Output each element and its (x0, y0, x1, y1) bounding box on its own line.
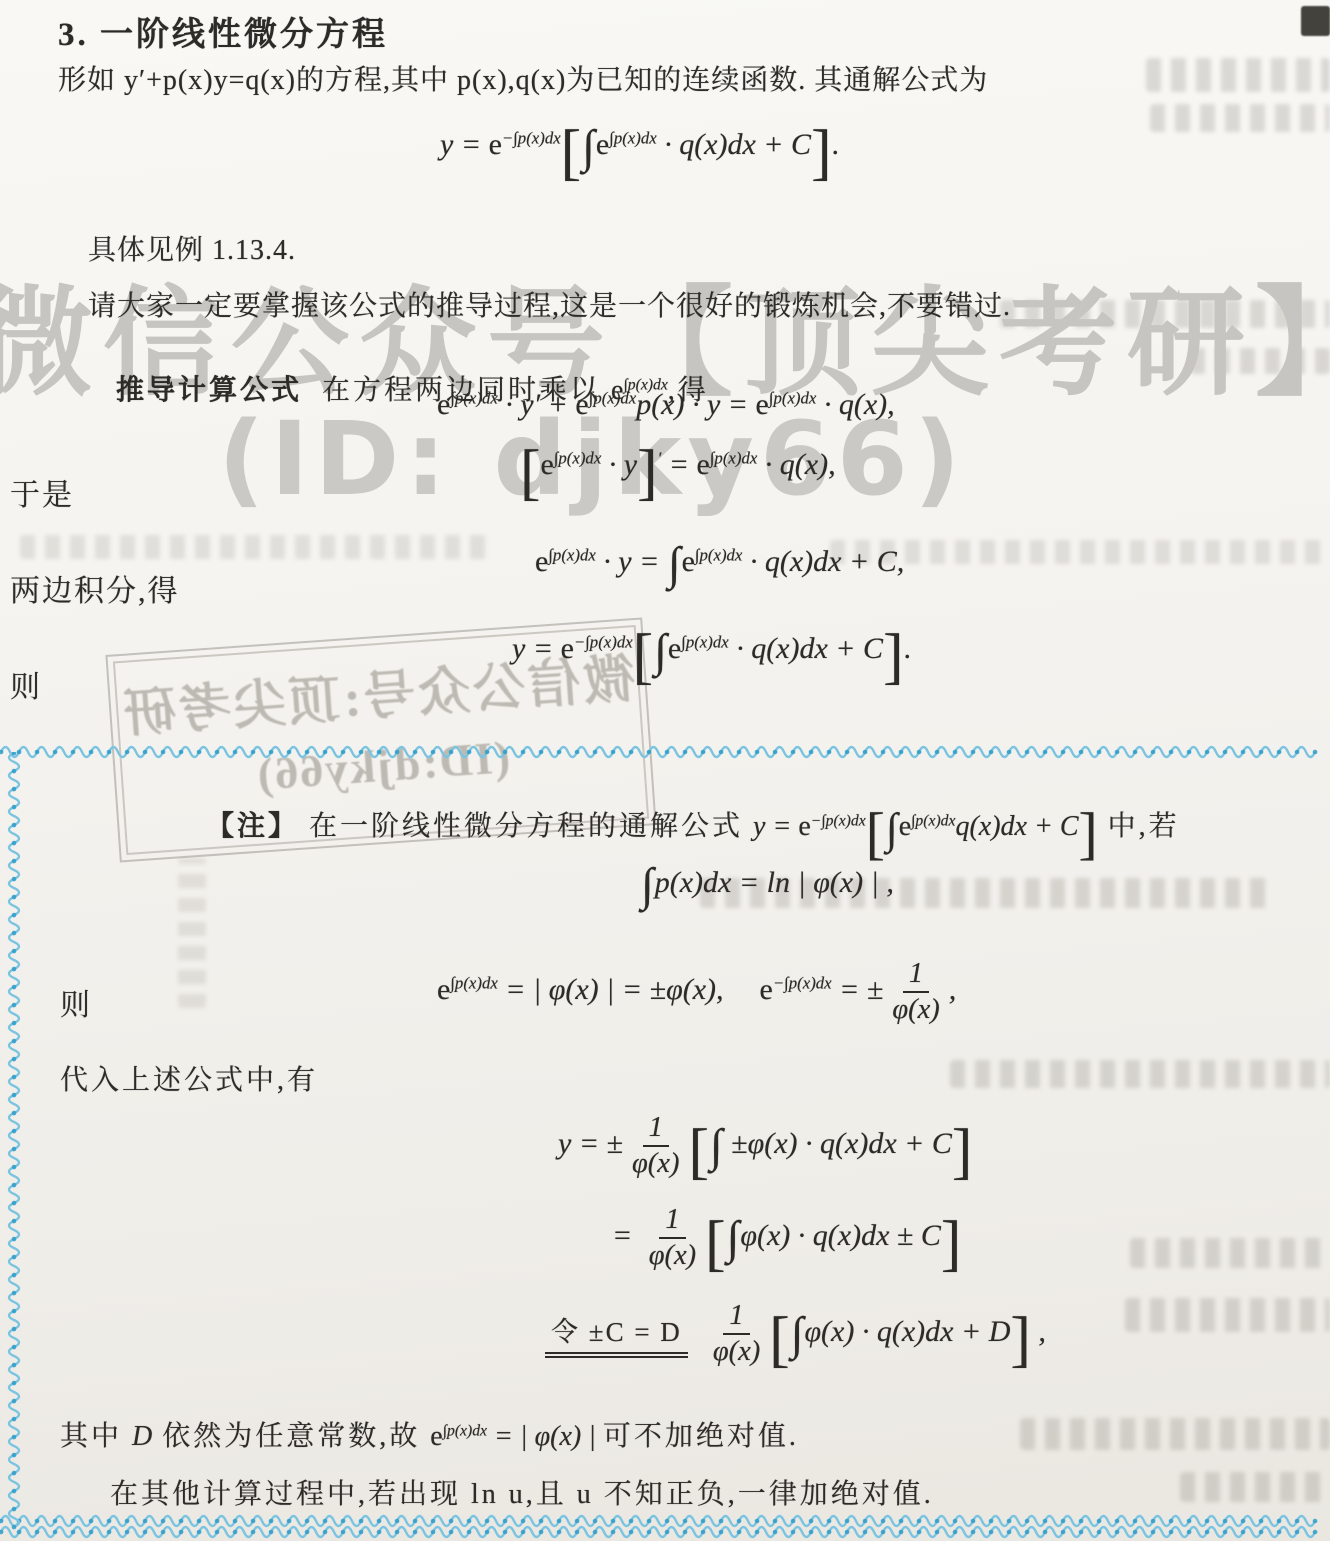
bleedthrough-smudge (950, 1060, 1330, 1088)
derive-label: 推导计算公式 (116, 375, 302, 406)
equation-product-rule: [e∫p(x)dx · y]′ = e∫p(x)dx · q(x), (520, 448, 836, 498)
label-integrate-both-sides: 两边积分,得 (10, 566, 180, 610)
equation-multiply: e∫p(x)dx · y′ + e∫p(x)dxp(x) · y = e∫p(x… (437, 388, 895, 422)
note-intro-formula: y = e−∫p(x)dx[∫e∫p(x)dxq(x)dx + C] (753, 811, 1098, 842)
label-thus: 于是 (10, 470, 74, 514)
equation-substitution-2: = 1φ(x)[∫φ(x) · q(x)dx ± C] (612, 1204, 961, 1272)
note-box-border-bottom (0, 1512, 1330, 1541)
equation-note-pm: e∫p(x)dx = | φ(x) | = ±φ(x),e−∫p(x)dx = … (437, 958, 956, 1026)
equation-general-solution: y = e−∫p(x)dx[∫e∫p(x)dx · q(x)dx + C]. (440, 128, 839, 178)
bleedthrough-smudge (1146, 58, 1330, 92)
section-heading: 3. 一阶线性微分方程 (58, 8, 388, 55)
note-intro-pre: 在一阶线性微分方程的通解公式 (309, 811, 753, 842)
bleedthrough-smudge (1130, 1238, 1330, 1268)
paragraph-encourage: 请大家一定要掌握该公式的推导过程,这是一个很好的锻炼机会,不要错过. (88, 284, 1011, 324)
paragraph-example-ref: 具体见例 1.13.4. (88, 228, 296, 268)
paragraph-intro: 形如 y′+p(x)y=q(x)的方程,其中 p(x),q(x)为已知的连续函数… (58, 58, 988, 98)
equation-note-ln: ∫p(x)dx = ln | φ(x) | , (640, 866, 894, 905)
note-substitute-line: 代入上述公式中,有 (60, 1058, 318, 1098)
bleedthrough-smudge (830, 540, 1330, 564)
equation-substitution-1: y = ±1φ(x)[∫ ±φ(x) · q(x)dx + C] (558, 1112, 972, 1180)
bleedthrough-smudge (1180, 1472, 1330, 1502)
label-then: 则 (10, 662, 42, 706)
note-box-border-left (2, 752, 28, 1538)
equation-solved: y = e−∫p(x)dx[∫e∫p(x)dx · q(x)dx + C]. (512, 632, 911, 682)
note-intro-post: 中,若 (1098, 811, 1180, 842)
note-closing-2: 在其他计算过程中,若出现 ln u,且 u 不知正负,一律加绝对值. (110, 1472, 934, 1512)
bleedthrough-smudge (1150, 104, 1330, 132)
note-closing-1: 其中 D 依然为任意常数,故 e∫p(x)dx = | φ(x) | 可不加绝对… (60, 1414, 799, 1454)
note-label-then: 则 (60, 980, 92, 1024)
note-box-border-top (0, 740, 1330, 766)
bleedthrough-smudge (1125, 1298, 1330, 1332)
page-edge-mark (1301, 6, 1330, 36)
equation-integrated: e∫p(x)dx · y = ∫e∫p(x)dx · q(x)dx + C, (535, 545, 904, 584)
equation-substitution-3: 令 ±C = D1φ(x)[∫φ(x) · q(x)dx + D] , (545, 1300, 1046, 1368)
bleedthrough-smudge (1020, 1418, 1330, 1450)
note-tag: 【注】 (206, 811, 299, 842)
bleedthrough-smudge (20, 535, 490, 559)
scanned-textbook-page: 微信公众号【顶尖考研】 (ID: djky66) 微信公众号:顶尖考研 (ID:… (0, 0, 1330, 1541)
